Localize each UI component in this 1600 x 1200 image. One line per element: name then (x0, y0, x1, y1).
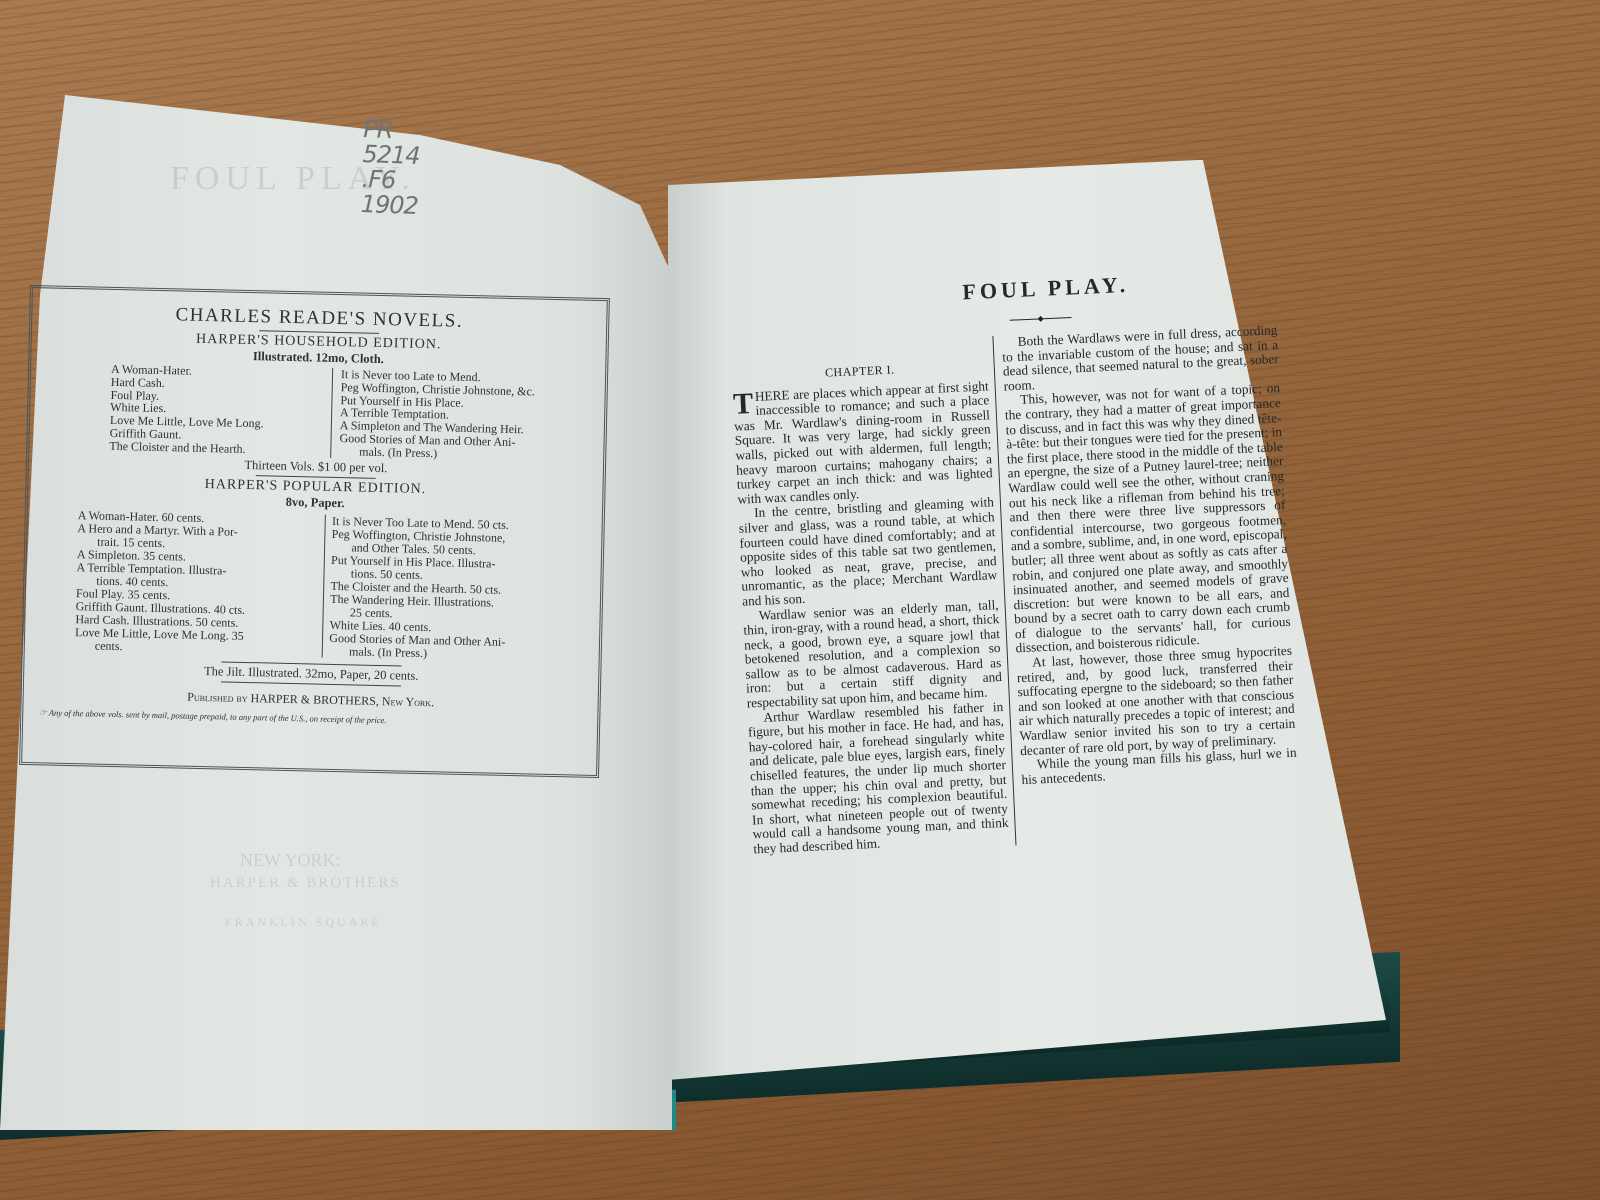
pencil-call-number: PR 5214 .F6 1902 (360, 117, 421, 219)
showthrough-publisher: HARPER & BROTHERS (210, 875, 401, 892)
text-columns: CHAPTER I. THERE are places which appear… (731, 322, 1334, 857)
popular-right-column: It is Never Too Late to Mend. 50 cts. Pe… (322, 514, 592, 663)
text-column-left: CHAPTER I. THERE are places which appear… (731, 336, 1016, 857)
pointing-hand-icon: ☞ (39, 707, 49, 717)
ornament-divider-icon (1010, 314, 1072, 323)
publisher-advertisement: CHARLES READE'S NOVELS. HARPER'S HOUSEHO… (19, 285, 610, 778)
paragraph: Wardlaw senior was an elderly man, tall,… (742, 598, 1002, 712)
showthrough-city: NEW YORK: (240, 850, 341, 871)
drop-cap: T (733, 392, 754, 417)
showthrough-address: FRANKLIN SQUARE (225, 915, 382, 930)
paragraph: Arthur Wardlaw resembled his father in f… (747, 700, 1009, 857)
household-list: A Woman-Hater. Hard Cash. Foul Play. Whi… (29, 359, 605, 464)
popular-left-column: A Woman-Hater. 60 cents. A Hero and a Ma… (75, 509, 325, 658)
popular-list: A Woman-Hater. 60 cents. A Hero and a Ma… (25, 504, 602, 664)
household-right-column: It is Never too Late to Mend. Peg Woffin… (330, 368, 595, 464)
paragraph: THERE are places which appear at first s… (733, 379, 994, 507)
household-left-column: A Woman-Hater. Hard Cash. Foul Play. Whi… (109, 363, 332, 458)
paragraph: This, however, was not for want of a top… (1004, 381, 1292, 656)
text-column-right: Both the Wardlaws were in full dress, ac… (992, 323, 1300, 845)
paragraph: In the centre, bristling and gleaming wi… (738, 496, 998, 610)
paragraph: At last, however, those three smug hypoc… (1016, 644, 1296, 759)
chapter-page: FOUL PLAY. CHAPTER I. THERE are places w… (728, 264, 1333, 857)
